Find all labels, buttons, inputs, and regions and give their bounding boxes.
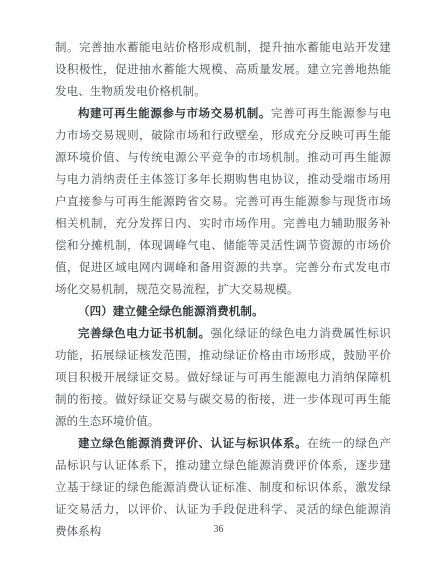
- document-page: 制。完善抽水蓄能电站价格形成机制，提升抽水蓄能电站开发建设积极性，促进抽水蓄能大…: [0, 0, 437, 584]
- paragraph-lead: 建立绿色能源消费评价、认证与标识体系。: [78, 438, 307, 450]
- paragraph-lead: 完善绿色电力证书机制。: [78, 328, 211, 340]
- paragraph-body: 完善可再生能源参与电力市场交易规则，破除市场和行政壁垒，形成充分反映可再生能源环…: [55, 108, 391, 296]
- page-number: 36: [0, 523, 437, 537]
- section-heading-four: （四）建立健全绿色能源消费机制。: [55, 301, 391, 323]
- paragraph-continuation: 制。完善抽水蓄能电站价格形成机制，提升抽水蓄能电站开发建设积极性，促进抽水蓄能大…: [55, 37, 391, 103]
- paragraph-body: 强化绿证的绿色电力消费属性标识功能，拓展绿证核发范围，推动绿证价格由市场形成，鼓…: [55, 328, 391, 428]
- paragraph-lead: （四）建立健全绿色能源消费机制。: [78, 306, 264, 318]
- paragraph-lead: 构建可再生能源参与市场交易机制。: [78, 108, 271, 120]
- paragraph-market-trading: 构建可再生能源参与市场交易机制。完善可再生能源参与电力市场交易规则，破除市场和行…: [55, 103, 391, 301]
- page-body-text: 制。完善抽水蓄能电站价格形成机制，提升抽水蓄能电站开发建设积极性，促进抽水蓄能大…: [55, 37, 391, 543]
- paragraph-green-certificate: 完善绿色电力证书机制。强化绿证的绿色电力消费属性标识功能，拓展绿证核发范围，推动…: [55, 323, 391, 433]
- paragraph-body: 制。完善抽水蓄能电站价格形成机制，提升抽水蓄能电站开发建设积极性，促进抽水蓄能大…: [55, 42, 391, 98]
